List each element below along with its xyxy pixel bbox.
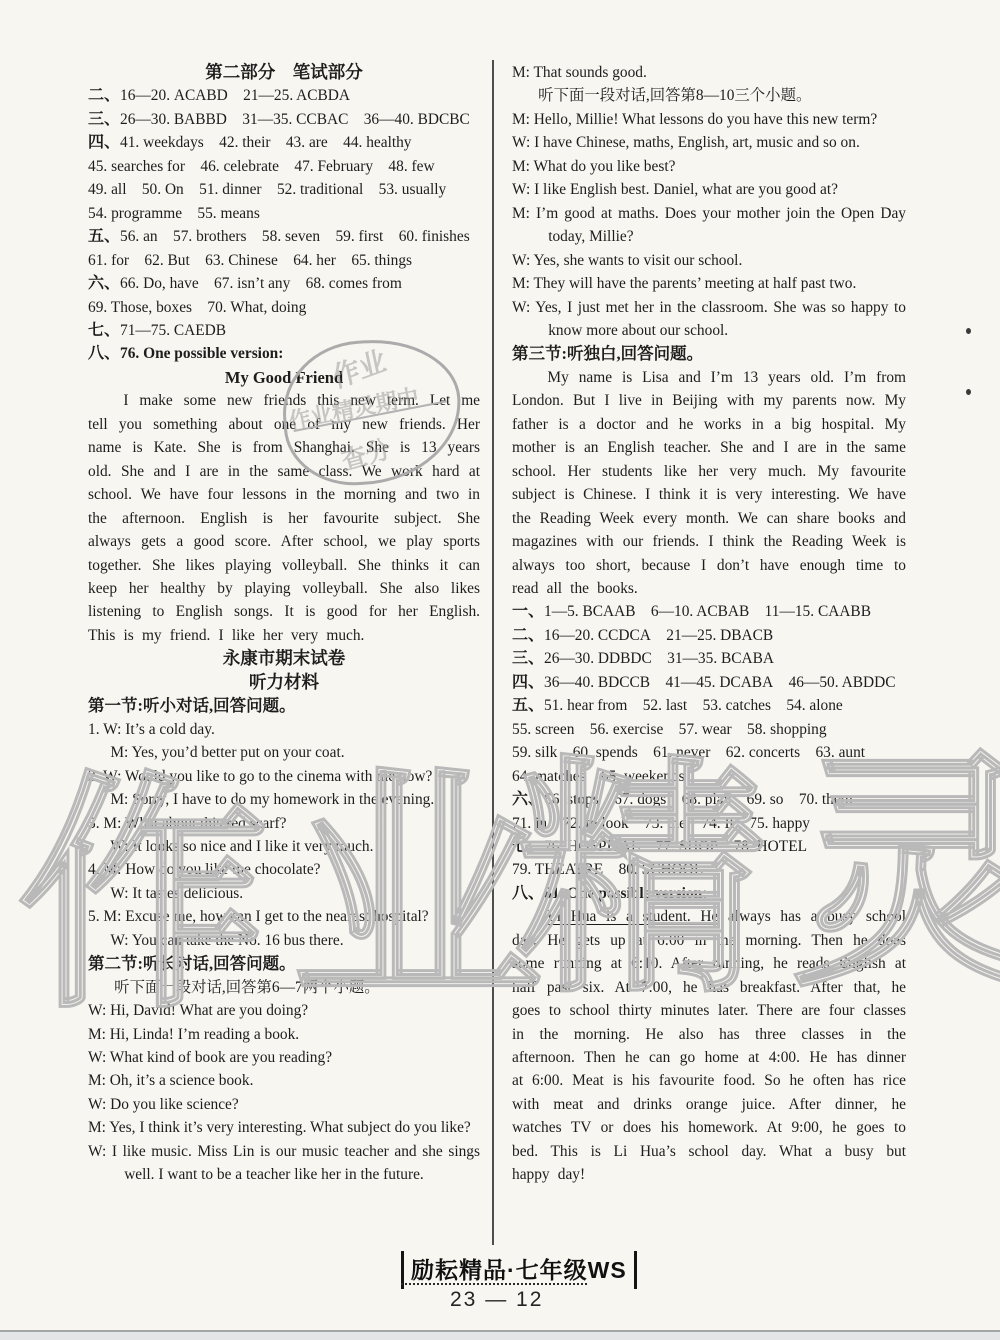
text-line: 一、1—5. BCAAB 6—10. ACBAB 11—15. CAABB: [512, 600, 906, 623]
text-line: M: Hi, Linda! I’m reading a book.: [88, 1023, 480, 1046]
left-column: 第二部分 笔试部分二、16—20. ACABD 21—25. ACBDA三、26…: [88, 61, 480, 1187]
text-line: W: It looks so nice and I like it very m…: [110, 835, 480, 858]
text-line: 四、41. weekdays 42. their 43. are 44. hea…: [88, 131, 480, 154]
text-line: 三、26—30. BABBD 31—35. CCBAC 36—40. BDCBC: [88, 108, 480, 131]
text-line: 64. matches 65. weekends: [512, 765, 906, 788]
text-line: 5. M: Excuse me, how can I get to the ne…: [88, 905, 480, 928]
right-column: M: That sounds good.听下面一段对话,回答第8—10三个小题。…: [512, 61, 906, 1187]
ink-dot: [966, 328, 971, 334]
text-line: M: Oh, it’s a science book.: [88, 1069, 480, 1092]
text-line: M: Hello, Millie! What lessons do you ha…: [512, 108, 906, 131]
text-line: M: What do you like best?: [512, 155, 906, 178]
text-line: 二、16—20. ACABD 21—25. ACBDA: [88, 84, 480, 107]
text-line: 54. programme 55. means: [88, 202, 480, 225]
text-line: 61. for 62. But 63. Chinese 64. her 65. …: [88, 249, 480, 272]
page-number: 23 — 12: [450, 1288, 543, 1312]
text-line: 45. searches for 46. celebrate 47. Febru…: [88, 155, 480, 178]
text-line: 71. in 72. to look 73. the 74. It 75. ha…: [512, 812, 906, 835]
text-line: Li Hua is a student. He always has a bus…: [512, 905, 906, 1186]
text-line: 第二部分 笔试部分: [88, 61, 480, 84]
text-line: I make some new friends this new term. L…: [88, 389, 480, 647]
text-line: 七、71—75. CAEDB: [88, 319, 480, 342]
ink-dot: [966, 389, 971, 395]
text-line: W: Hi, David! What are you doing?: [88, 999, 480, 1022]
text-line: M: They will have the parents’ meeting a…: [512, 272, 906, 295]
text-line: 79. THEATRE 80. SCHOOL: [512, 858, 906, 881]
text-line: 听力材料: [88, 671, 480, 694]
text-line: W: I like English best. Daniel, what are…: [512, 178, 906, 201]
text-line: 听下面一段对话,回答第6—7两个小题。: [88, 976, 480, 999]
text-line: 听下面一段对话,回答第8—10三个小题。: [512, 84, 906, 107]
text-line: W: Yes, she wants to visit our school.: [512, 249, 906, 272]
text-line: 八、81. One possible version:: [512, 882, 906, 905]
text-line: 永康市期末试卷: [88, 647, 480, 670]
scanned-page: 作 业 精 灵 第二部分 笔试部分二、16—20. ACABD 21—25. A…: [0, 0, 1000, 1340]
text-line: 五、51. hear from 52. last 53. catches 54.…: [512, 694, 906, 717]
text-line: M: I’m good at maths. Does your mother j…: [512, 202, 906, 249]
text-line: 69. Those, boxes 70. What, doing: [88, 296, 480, 319]
text-line: W: Yes, I just met her in the classroom.…: [512, 296, 906, 343]
text-line: 二、16—20. CCDCA 21—25. DBACB: [512, 624, 906, 647]
text-line: M: That sounds good.: [512, 61, 906, 84]
text-line: 第三节:听独白,回答问题。: [512, 342, 906, 365]
text-line: 五、56. an 57. brothers 58. seven 59. firs…: [88, 225, 480, 248]
text-line: My Good Friend: [88, 366, 480, 389]
text-line: 4. M: How do you like the chocolate?: [88, 858, 480, 881]
text-line: W: What kind of book are you reading?: [88, 1046, 480, 1069]
text-line: M: Sorry, I have to do my homework in th…: [110, 788, 480, 811]
logo-dotted-underline: [401, 1283, 587, 1285]
scan-edge-strip: [0, 1332, 1000, 1340]
text-line: 六、66. Do, have 67. isn’t any 68. comes f…: [88, 272, 480, 295]
text-line: 59. silk 60. spends 61. never 62. concer…: [512, 741, 906, 764]
text-line: 49. all 50. On 51. dinner 52. traditiona…: [88, 178, 480, 201]
text-line: 六、66. stops 67. dogs 68. play 69. so 70.…: [512, 788, 906, 811]
text-line: 七、76. HOSPITAL 77. SHOP 78. HOTEL: [512, 835, 906, 858]
text-line: 八、76. One possible version:: [88, 342, 480, 365]
text-line: 55. screen 56. exercise 57. wear 58. sho…: [512, 718, 906, 741]
text-line: W: I like music. Miss Lin is our music t…: [88, 1140, 480, 1187]
text-line: My name is Lisa and I’m 13 years old. I’…: [512, 366, 906, 601]
text-line: 四、36—40. BDCCB 41—45. DCABA 46—50. ABDDC: [512, 671, 906, 694]
text-line: W: Do you like science?: [88, 1093, 480, 1116]
text-line: 第一节:听小对话,回答问题。: [88, 694, 480, 717]
text-line: W: You can take the No. 16 bus there.: [110, 929, 480, 952]
text-line: 三、26—30. DDBDC 31—35. BCABA: [512, 647, 906, 670]
text-line: M: Yes, I think it’s very interesting. W…: [88, 1116, 480, 1139]
text-line: 1. W: It’s a cold day.: [88, 718, 480, 741]
text-line: 第二节:听长对话,回答问题。: [88, 952, 480, 975]
text-line: W: It tastes delicious.: [110, 882, 480, 905]
column-divider: [492, 60, 494, 1245]
text-line: W: I have Chinese, maths, English, art, …: [512, 131, 906, 154]
text-line: M: Yes, you’d better put on your coat.: [110, 741, 480, 764]
text-line: 3. M: What about this red scarf?: [88, 812, 480, 835]
text-line: 2. W: Would you like to go to the cinema…: [88, 765, 480, 788]
